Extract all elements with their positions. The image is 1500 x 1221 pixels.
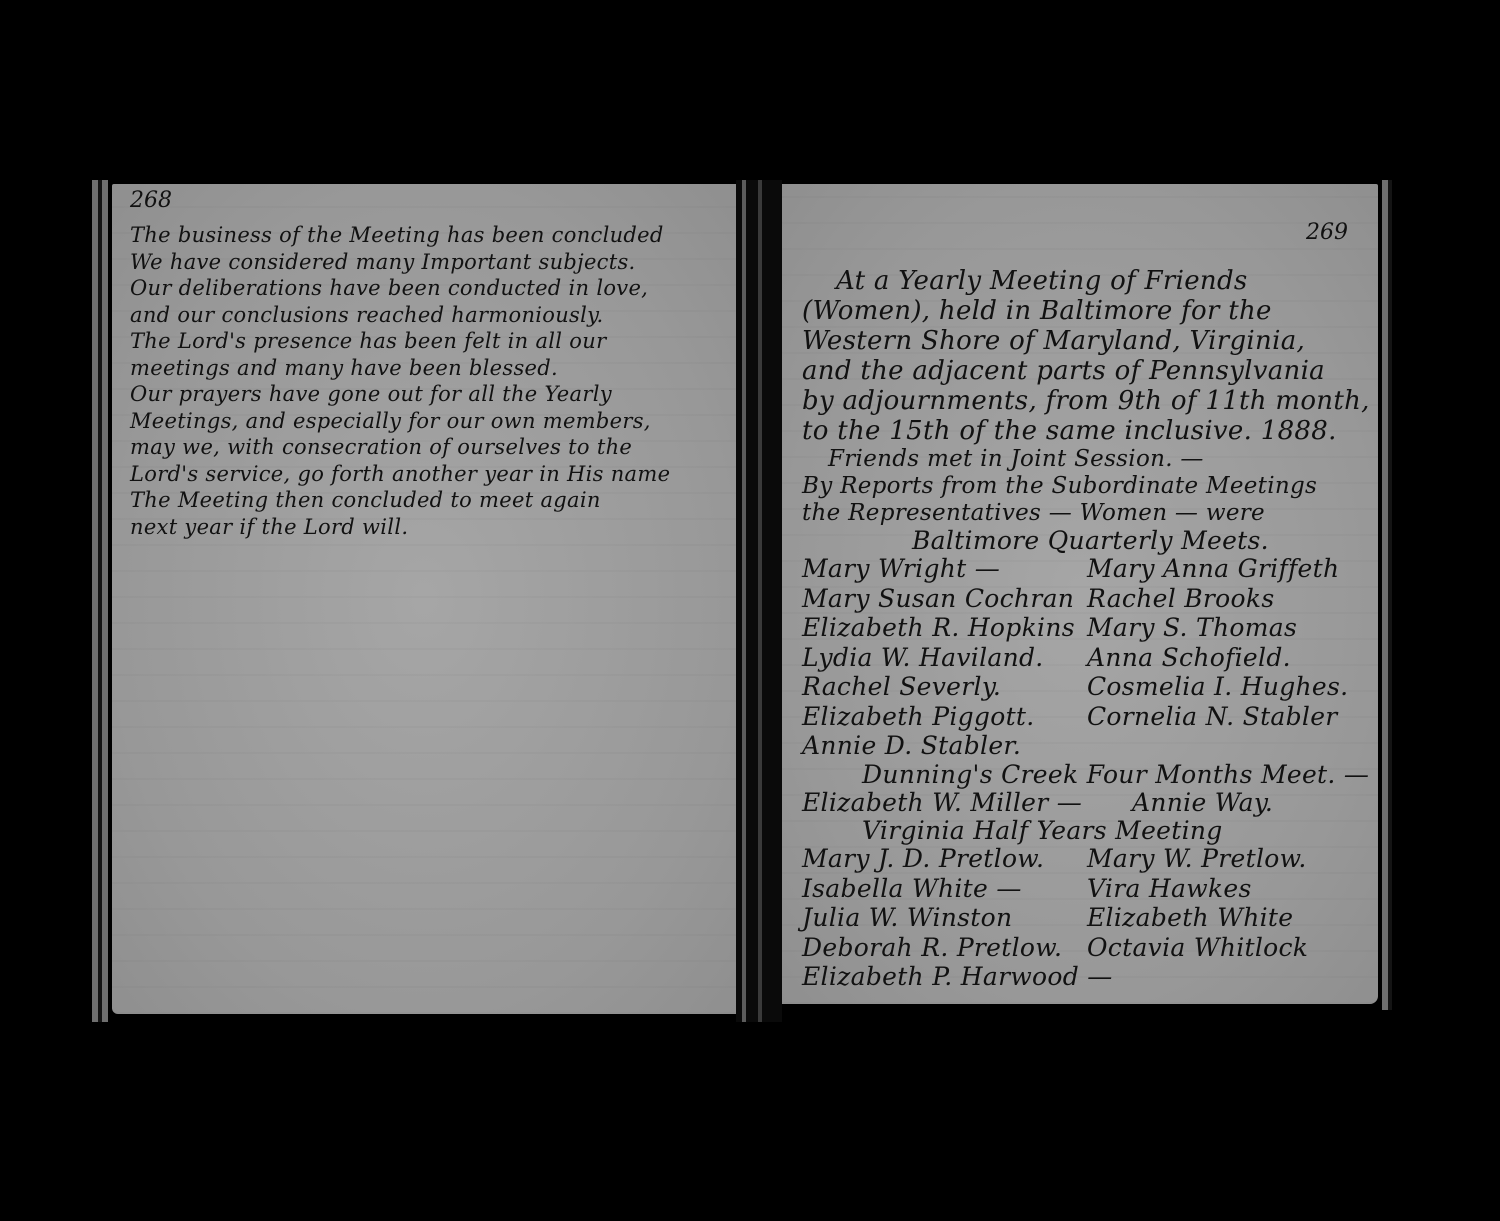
name-row: Mary Wright — Mary Anna Griffeth [802, 554, 1378, 584]
header-line: to the 15th of the same inclusive. 1888. [802, 416, 1370, 446]
left-page-text: The business of the Meeting has been con… [130, 222, 670, 540]
representative-name: Mary S. Thomas [1087, 613, 1377, 643]
name-row: Rachel Severly. Cosmelia I. Hughes. [802, 672, 1378, 702]
representative-name: Lydia W. Haviland. [802, 643, 1087, 673]
text-line: Meetings, and especially for our own mem… [130, 408, 670, 435]
page-number-left: 268 [130, 188, 172, 213]
meeting-body: Friends met in Joint Session. — By Repor… [802, 446, 1378, 992]
text-line: The Meeting then concluded to meet again [130, 487, 670, 514]
binding-strip [742, 180, 746, 1022]
representative-name: Isabella White — [802, 874, 1087, 904]
header-line: and the adjacent parts of Pennsylvania [802, 356, 1370, 386]
text-line: and our conclusions reached harmoniously… [130, 302, 670, 329]
meeting-header: At a Yearly Meeting of Friends (Women), … [802, 266, 1370, 446]
intro-line: By Reports from the Subordinate Meetings [802, 473, 1378, 500]
name-row: Julia W. Winston Elizabeth White [802, 903, 1378, 933]
representative-name: Elizabeth Piggott. [802, 702, 1087, 732]
left-page-stack-edge [102, 180, 108, 1022]
text-line: Our prayers have gone out for all the Ye… [130, 381, 670, 408]
open-minute-book: 268 The business of the Meeting has been… [92, 180, 1400, 1022]
text-line: next year if the Lord will. [130, 514, 670, 541]
text-line: We have considered many Important subjec… [130, 249, 670, 276]
header-line: (Women), held in Baltimore for the [802, 296, 1370, 326]
representative-name: Deborah R. Pretlow. [802, 933, 1087, 963]
text-line: may we, with consecration of ourselves t… [130, 434, 670, 461]
representative-name: Mary Susan Cochran [802, 584, 1087, 614]
representative-name: Mary Wright — [802, 554, 1087, 584]
representative-name: Mary Anna Griffeth [1087, 554, 1377, 584]
representatives-list-virginia: Mary J. D. Pretlow. Mary W. Pretlow. Isa… [802, 844, 1378, 992]
section-heading-baltimore: Baltimore Quarterly Meets. [802, 527, 1378, 554]
intro-line: the Representatives — Women — were [802, 500, 1378, 527]
representative-name: Cornelia N. Stabler [1087, 702, 1377, 732]
representative-name: Rachel Severly. [802, 672, 1087, 702]
header-line: by adjournments, from 9th of 11th month, [802, 386, 1370, 416]
book-gutter [736, 180, 782, 1022]
name-row: Deborah R. Pretlow. Octavia Whitlock [802, 933, 1378, 963]
representatives-list-baltimore: Mary Wright — Mary Anna Griffeth Mary Su… [802, 554, 1378, 761]
text-line: meetings and many have been blessed. [130, 355, 670, 382]
representative-name: Elizabeth R. Hopkins [802, 613, 1087, 643]
right-cover-shadow [1388, 180, 1392, 1010]
representative-name: Elizabeth White [1087, 903, 1377, 933]
intro-line: Friends met in Joint Session. — [802, 446, 1378, 473]
representative-name: Rachel Brooks [1087, 584, 1377, 614]
right-page: 269 At a Yearly Meeting of Friends (Wome… [782, 184, 1378, 1004]
representative-name: Octavia Whitlock [1087, 933, 1377, 963]
section-heading-virginia: Virginia Half Years Meeting [802, 817, 1378, 844]
representative-name: Mary J. D. Pretlow. [802, 844, 1087, 874]
representative-name [1202, 962, 1378, 992]
text-line: Our deliberations have been conducted in… [130, 275, 670, 302]
name-row: Elizabeth R. Hopkins Mary S. Thomas [802, 613, 1378, 643]
representatives-list-dunnings-creek: Elizabeth W. Miller — Annie Way. [802, 788, 1378, 818]
name-row: Mary J. D. Pretlow. Mary W. Pretlow. [802, 844, 1378, 874]
representative-name: Mary W. Pretlow. [1087, 844, 1377, 874]
page-number-right: 269 [1306, 220, 1348, 245]
text-line: The Lord's presence has been felt in all… [130, 328, 670, 355]
name-row: Mary Susan Cochran Rachel Brooks [802, 584, 1378, 614]
representative-name [1087, 731, 1377, 761]
binding-strip [758, 180, 762, 1022]
representative-name: Elizabeth W. Miller — [802, 788, 1132, 818]
representative-name: Annie Way. [1132, 788, 1378, 818]
representative-name: Cosmelia I. Hughes. [1087, 672, 1377, 702]
text-line: Lord's service, go forth another year in… [130, 461, 670, 488]
text-line: The business of the Meeting has been con… [130, 222, 670, 249]
name-row: Annie D. Stabler. [802, 731, 1378, 761]
name-row: Isabella White — Vira Hawkes [802, 874, 1378, 904]
representative-name: Elizabeth P. Harwood — [802, 962, 1202, 992]
representative-name: Vira Hawkes [1087, 874, 1377, 904]
section-heading-dunnings-creek: Dunning's Creek Four Months Meet. — [802, 761, 1378, 788]
name-row: Elizabeth W. Miller — Annie Way. [802, 788, 1378, 818]
representative-name: Julia W. Winston [802, 903, 1087, 933]
header-line: At a Yearly Meeting of Friends [802, 266, 1370, 296]
representative-name: Annie D. Stabler. [802, 731, 1087, 761]
name-row: Elizabeth P. Harwood — [802, 962, 1378, 992]
header-line: Western Shore of Maryland, Virginia, [802, 326, 1370, 356]
name-row: Lydia W. Haviland. Anna Schofield. [802, 643, 1378, 673]
name-row: Elizabeth Piggott. Cornelia N. Stabler [802, 702, 1378, 732]
representative-name: Anna Schofield. [1087, 643, 1377, 673]
left-page: 268 The business of the Meeting has been… [112, 184, 736, 1014]
